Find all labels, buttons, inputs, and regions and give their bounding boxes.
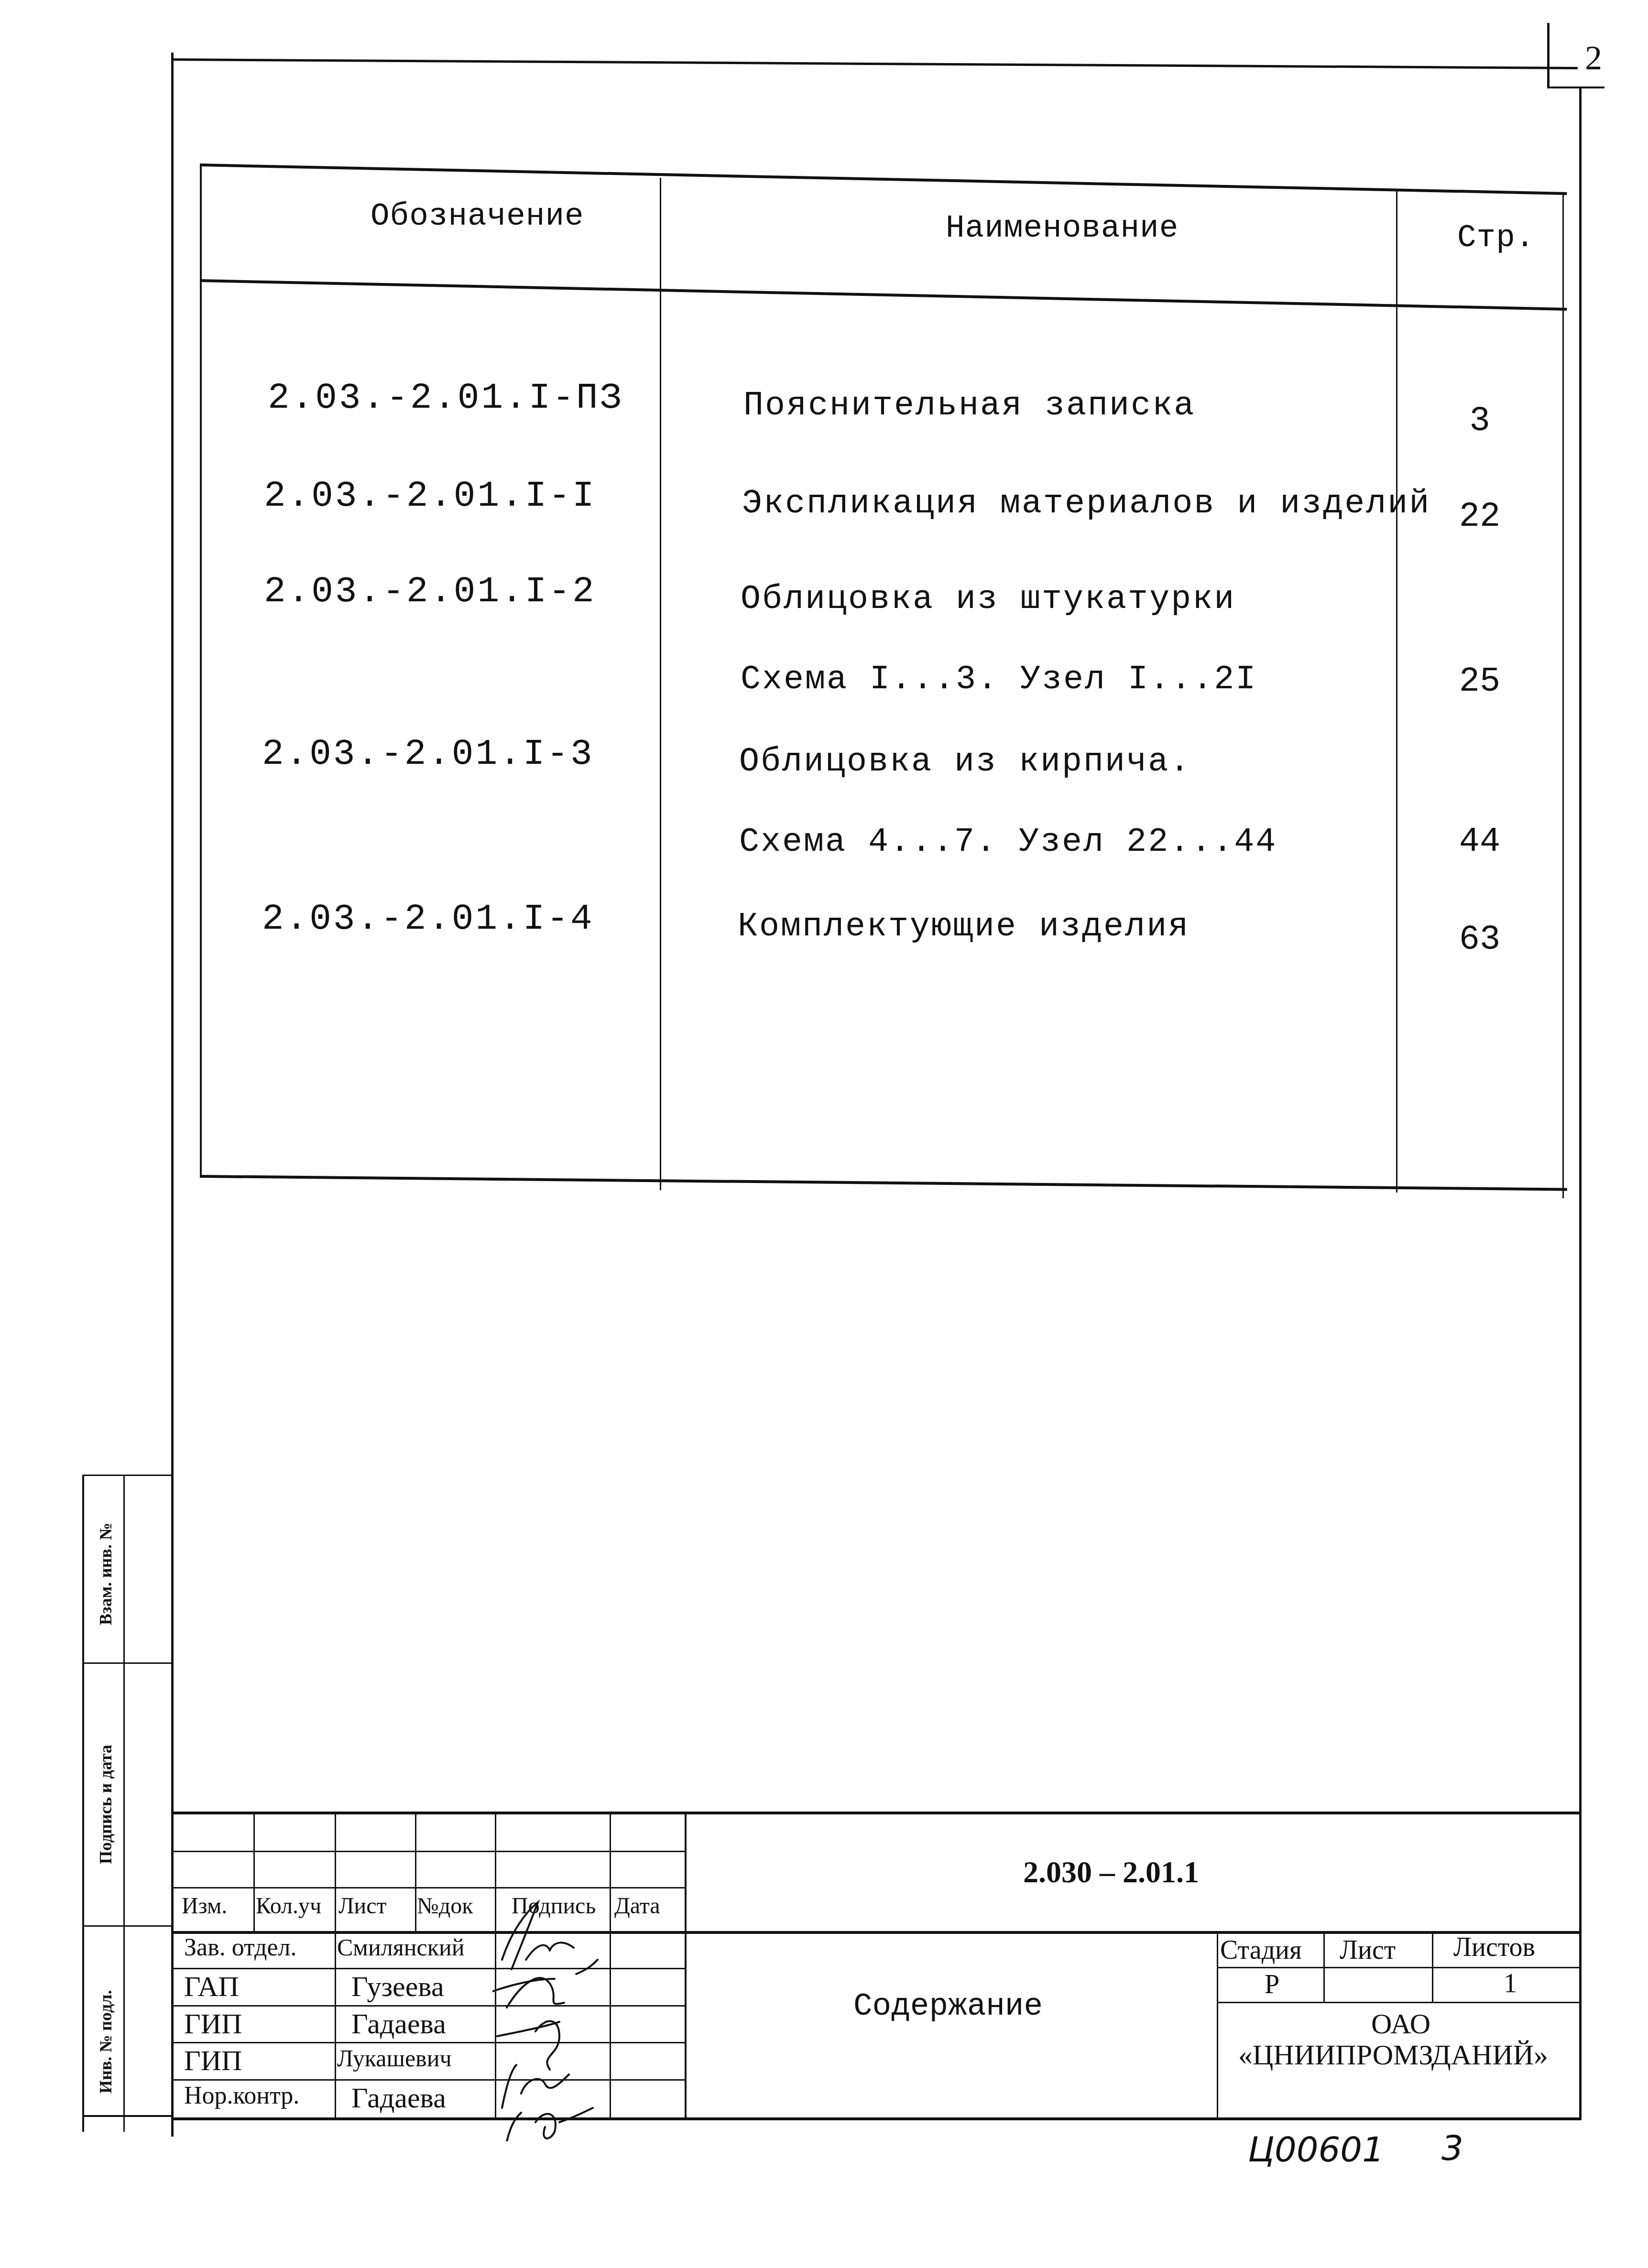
revision-header: Лист bbox=[338, 1893, 387, 1919]
row-page: 25 bbox=[1398, 662, 1561, 701]
signatory-role: ГИП bbox=[184, 2008, 242, 2040]
side-stamp-left-line bbox=[82, 1475, 84, 2132]
signatory-name: Лукашевич bbox=[337, 2044, 452, 2072]
side-label-original-inv: Инв. № подл. bbox=[96, 1990, 116, 2094]
table-col-divider-2 bbox=[1396, 191, 1397, 1193]
signatory-name: Гадаева bbox=[351, 2082, 446, 2115]
stage-row-1 bbox=[1217, 1967, 1580, 1968]
row-name-line: Облицовка из кирпича. bbox=[739, 743, 1191, 781]
side-stamp-top-line bbox=[82, 1475, 173, 1476]
rev-col-2 bbox=[335, 1814, 336, 2120]
side-stamp-divider-2 bbox=[82, 1925, 173, 1927]
row-page: 44 bbox=[1398, 822, 1561, 861]
signatory-role: Зав. отдел. bbox=[184, 1933, 297, 1962]
header-page: Стр. bbox=[1457, 220, 1535, 256]
table-left-border bbox=[200, 165, 202, 1177]
table-right-border bbox=[1562, 194, 1564, 1198]
rev-col-1 bbox=[253, 1814, 255, 1933]
corner-tab-vertical bbox=[1547, 23, 1550, 87]
row-designation: 2.03.-2.01.I-3 bbox=[262, 734, 594, 775]
row-designation: 2.03.-2.01.I-2 bbox=[264, 571, 596, 612]
title-block-right-line bbox=[1579, 1812, 1582, 2120]
sheets-header: Листов bbox=[1453, 1932, 1535, 1963]
organization-line-2: «ЦНИИПРОМЗДАНИЙ» bbox=[1238, 2039, 1548, 2072]
sheets-value: 1 bbox=[1504, 1968, 1517, 1999]
signatory-name: Гадаева bbox=[351, 2008, 446, 2040]
stage-row-2 bbox=[1217, 2002, 1580, 2003]
row-name-line: Схема 4...7. Узел 22...44 bbox=[739, 824, 1277, 861]
sheet-corner-number: 2 bbox=[1585, 38, 1602, 78]
revision-header: №док bbox=[417, 1893, 473, 1919]
revision-header: Кол.уч bbox=[256, 1893, 321, 1919]
signatory-role: ГАП bbox=[184, 1970, 239, 2003]
title-block-top-line bbox=[173, 1812, 1581, 1814]
table-bottom-border bbox=[200, 1175, 1567, 1191]
rev-row-2 bbox=[173, 1887, 686, 1888]
row-name-line: Облицовка из штукатурки bbox=[741, 581, 1235, 619]
frame-left-line bbox=[171, 53, 174, 2137]
row-name-line: Схема I...3. Узел I...2I bbox=[741, 661, 1257, 699]
signatory-name: Гузеева bbox=[351, 1970, 444, 2003]
title-block-bottom-line bbox=[173, 2117, 1581, 2120]
stage-value: Р bbox=[1265, 1969, 1279, 2000]
side-stamp-divider-1 bbox=[82, 1662, 173, 1664]
signatory-role: Нор.контр. bbox=[184, 2082, 299, 2110]
signatory-role: ГИП bbox=[184, 2044, 242, 2077]
row-page: 22 bbox=[1398, 497, 1561, 536]
document-code: 2.030 – 2.01.1 bbox=[1023, 1855, 1199, 1890]
signatures-scribbles bbox=[492, 1893, 650, 2141]
sheet-title: Содержание bbox=[853, 1988, 1043, 2024]
side-label-signature-date: Подпись и дата bbox=[96, 1745, 116, 1864]
organization-line-1: ОАО bbox=[1371, 2008, 1430, 2040]
row-designation: 2.03.-2.01.I-4 bbox=[262, 899, 594, 940]
header-name: Наименование bbox=[946, 210, 1179, 246]
row-name-line: Экспликация материалов и изделий bbox=[742, 485, 1430, 523]
row-page: 63 bbox=[1398, 920, 1561, 959]
table-header-bottom-border bbox=[200, 279, 1567, 311]
archive-page: 3 bbox=[1441, 2128, 1463, 2168]
title-block-left-section-divider bbox=[685, 1812, 687, 2120]
sheet-header: Лист bbox=[1340, 1935, 1396, 1965]
rev-row-1 bbox=[173, 1851, 686, 1852]
row-designation: 2.03.-2.01.I-ПЗ bbox=[268, 378, 623, 419]
frame-top-line bbox=[172, 58, 1578, 69]
frame-right-line bbox=[1579, 88, 1582, 1819]
archive-code: Ц00601 bbox=[1248, 2129, 1384, 2170]
side-label-replaced-inv: Взам. инв. № bbox=[96, 1523, 116, 1625]
side-stamp-bottom-line bbox=[82, 2115, 173, 2117]
row-name-line: Комплектующие изделия bbox=[738, 908, 1190, 946]
row-name-line: Пояснительная записка bbox=[743, 387, 1195, 425]
revision-header: Изм. bbox=[182, 1893, 227, 1919]
table-top-border bbox=[200, 163, 1567, 195]
rev-col-3 bbox=[415, 1814, 416, 1933]
header-designation: Обозначение bbox=[371, 198, 584, 234]
table-col-divider-1 bbox=[660, 178, 661, 1190]
stage-header: Стадия bbox=[1220, 1935, 1302, 1965]
row-designation: 2.03.-2.01.I-I bbox=[264, 476, 596, 517]
signatory-name: Смилянский bbox=[337, 1933, 464, 1961]
corner-tab-horizontal bbox=[1547, 87, 1604, 88]
row-page: 3 bbox=[1398, 402, 1561, 441]
stage-block-left bbox=[1217, 1931, 1218, 2120]
side-stamp-mid-line bbox=[123, 1475, 125, 2132]
